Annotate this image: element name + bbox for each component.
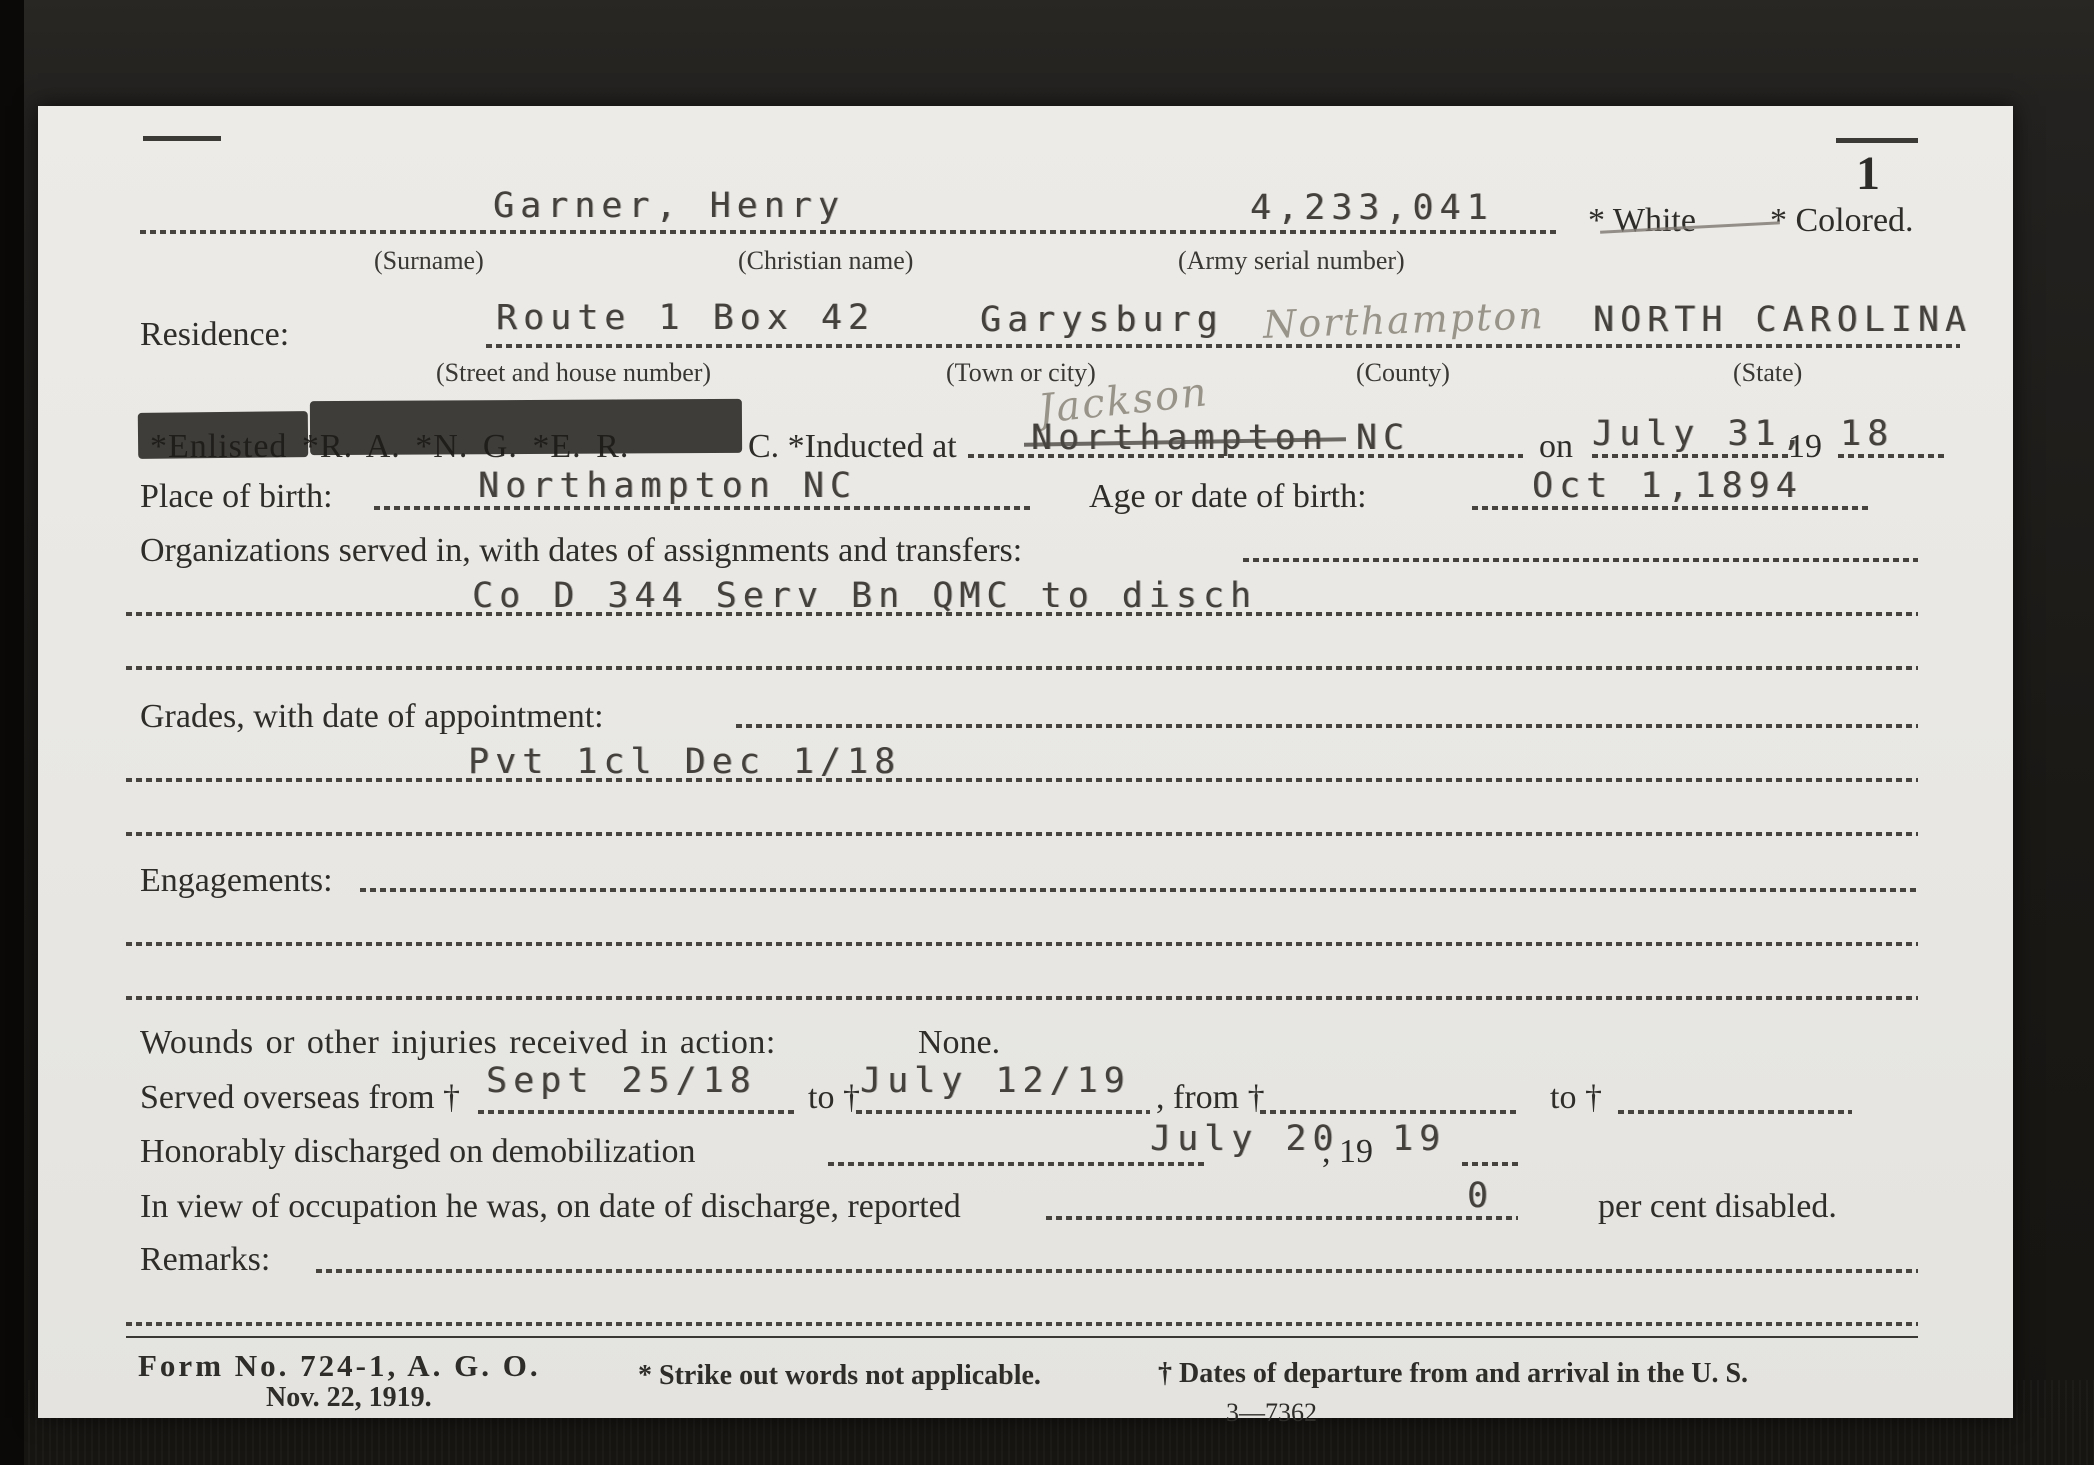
footer-solid-rule — [126, 1336, 1918, 1338]
residence-line — [486, 344, 1960, 348]
inducted-year-line — [1838, 454, 1948, 458]
inducted-date-line — [1592, 454, 1792, 458]
place-of-birth-value: Northampton NC — [478, 466, 857, 506]
label-christian-name: (Christian name) — [738, 246, 913, 276]
grades-line-2 — [126, 832, 1918, 836]
overseas-from-line-2 — [1260, 1110, 1520, 1114]
overseas-to-label-2: to † — [1550, 1079, 1602, 1117]
inducted-at-label: C. *Inducted at — [748, 428, 957, 466]
footer-dashed-rule — [126, 1322, 1918, 1326]
organizations-line-1 — [126, 612, 1918, 616]
overseas-from-label-2: , from † — [1156, 1079, 1265, 1117]
service-record-card: 1 Garner, Henry 4,233,041 * White * Colo… — [38, 106, 2013, 1418]
engagements-line-lead — [360, 888, 1918, 892]
inducted-date-value: July 31, — [1592, 414, 1809, 454]
grades-line-lead — [736, 724, 1918, 728]
overseas-to-line-1 — [856, 1110, 1150, 1114]
grades-label: Grades, with date of appointment: — [140, 698, 604, 736]
overseas-from-date-1: Sept 25/18 — [486, 1061, 757, 1101]
overseas-from-line-1 — [478, 1110, 798, 1114]
name-line — [140, 230, 1560, 234]
age-or-dob-label: Age or date of birth: — [1089, 478, 1367, 516]
race-option-white: * White — [1588, 202, 1696, 240]
remarks-label: Remarks: — [140, 1241, 270, 1279]
engagements-line-2 — [126, 996, 1918, 1000]
wounds-value: None. — [918, 1024, 1000, 1062]
organizations-label: Organizations served in, with dates of a… — [140, 532, 1022, 570]
grades-line-1 — [126, 778, 1918, 782]
label-street-house-number: (Street and house number) — [436, 358, 711, 388]
disabled-suffix: per cent disabled. — [1598, 1188, 1837, 1226]
year-prefix-printed: 19 — [1788, 428, 1822, 466]
residence-street-value: Route 1 Box 42 — [496, 298, 875, 338]
race-option-colored: * Colored. — [1770, 202, 1914, 240]
disabled-value: 0 — [1467, 1176, 1494, 1216]
grades-value: Pvt 1cl Dec 1/18 — [468, 742, 901, 782]
on-label: on — [1539, 428, 1573, 466]
label-county: (County) — [1356, 358, 1450, 388]
year-suffix-typed: 18 — [1840, 414, 1894, 454]
disabled-label: In view of occupation he was, on date of… — [140, 1188, 961, 1226]
remarks-line — [316, 1269, 1918, 1273]
overseas-to-date-1: July 12/19 — [860, 1061, 1131, 1101]
footnote-strike-out: * Strike out words not applicable. — [638, 1360, 1041, 1392]
organizations-line-2 — [126, 666, 1918, 670]
footnote-dagger: † Dates of departure from and arrival in… — [1158, 1358, 1748, 1390]
organizations-value: Co D 344 Serv Bn QMC to disch — [472, 576, 1257, 616]
residence-state-value: NORTH CAROLINA — [1593, 300, 1972, 340]
place-of-birth-line — [374, 506, 1034, 510]
residence-county-handwritten: Northampton — [1262, 293, 1545, 347]
residence-label: Residence: — [140, 316, 289, 354]
wounds-label: Wounds or other injuries received in act… — [140, 1024, 776, 1062]
surname-christian-value: Garner, Henry — [493, 186, 845, 226]
place-of-birth-label: Place of birth: — [140, 478, 333, 516]
engagements-line-1 — [126, 942, 1918, 946]
label-state: (State) — [1733, 358, 1802, 388]
overseas-to-label-1: to † — [808, 1079, 860, 1117]
discharged-year-printed: , 19 — [1322, 1133, 1373, 1171]
engagements-label: Engagements: — [140, 862, 333, 900]
redaction-bar-1 — [138, 411, 308, 459]
discharged-date-value: July 20 — [1150, 1119, 1340, 1159]
overseas-to-line-2 — [1618, 1110, 1852, 1114]
age-or-dob-line — [1472, 506, 1872, 510]
redaction-bar-2 — [310, 399, 742, 455]
discharged-year-typed: 19 — [1392, 1119, 1446, 1159]
top-left-mark — [143, 136, 221, 141]
discharged-date-line — [828, 1162, 1208, 1166]
page-number: 1 — [1856, 146, 1880, 201]
label-army-serial-number: (Army serial number) — [1178, 246, 1405, 276]
age-or-dob-value: Oct 1,1894 — [1532, 466, 1803, 506]
form-date: Nov. 22, 1919. — [266, 1382, 432, 1414]
form-number: Form No. 724-1, A. G. O. — [138, 1348, 541, 1384]
inducted-place-value: Northampton NC — [1031, 418, 1410, 458]
served-overseas-label: Served overseas from † — [140, 1079, 460, 1117]
label-surname: (Surname) — [374, 246, 484, 276]
disabled-line — [1046, 1216, 1518, 1220]
discharged-year-line — [1462, 1162, 1522, 1166]
print-code: 3—7362 — [1226, 1398, 1317, 1428]
army-serial-number-value: 4,233,041 — [1250, 188, 1494, 228]
organizations-line-lead — [1243, 558, 1918, 562]
background-left-edge — [0, 0, 24, 1465]
top-right-mark — [1836, 138, 1918, 143]
residence-town-value: Garysburg — [980, 300, 1224, 340]
discharged-label: Honorably discharged on demobilization — [140, 1133, 696, 1171]
